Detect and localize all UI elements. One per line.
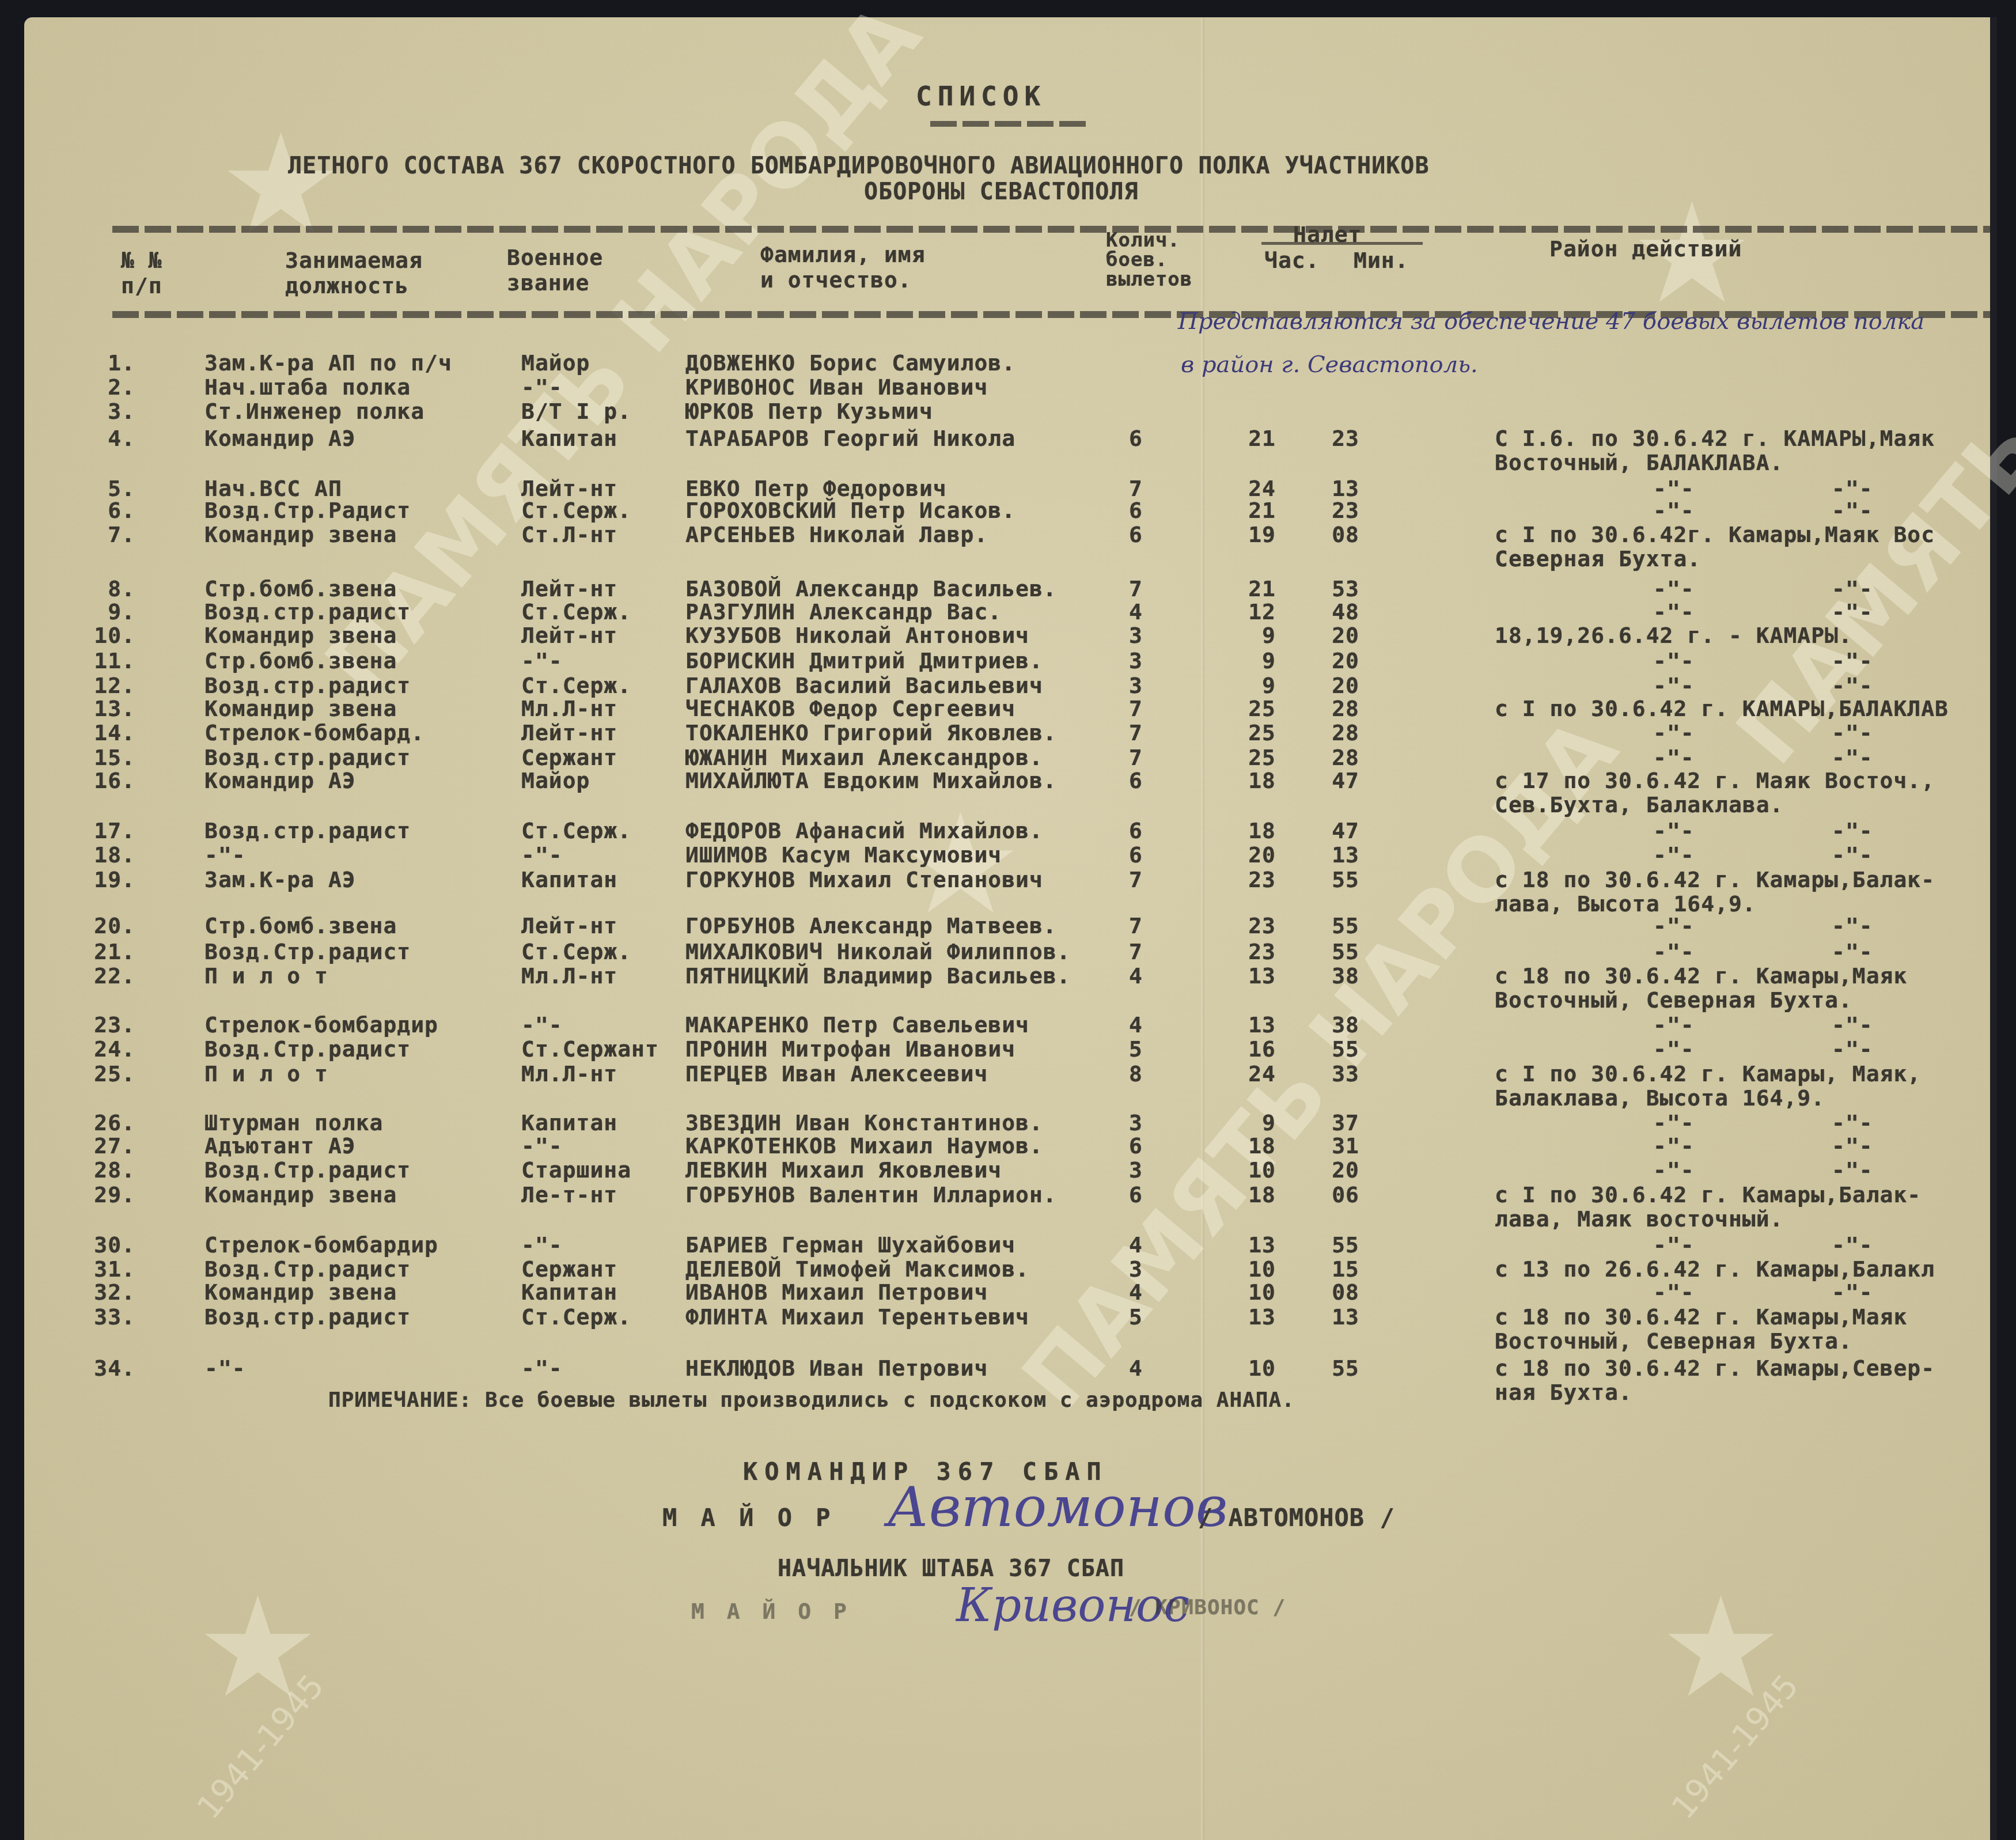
row-number: 27.: [89, 1133, 135, 1158]
header-sorties: Колич. боев. вылетов: [1106, 230, 1192, 289]
row-rank: -"-: [521, 1356, 563, 1381]
row-name: ГАЛАХОВ Василий Васильевич: [685, 673, 1043, 698]
row-minutes: 08: [1319, 1279, 1359, 1305]
row-number: 12.: [89, 673, 135, 698]
row-hours: 25: [1236, 720, 1276, 745]
row-hours: 25: [1236, 745, 1276, 770]
row-position: -"-: [204, 1356, 246, 1381]
row-area-ditto: -"-: [1832, 1110, 1873, 1135]
row-name: АРСЕНЬЕВ Николай Лавр.: [685, 522, 988, 547]
row-name: ГОРОХОВСКИЙ Петр Исаков.: [685, 498, 1015, 523]
row-area: с 18 по 30.6.42 г. Камары,Маяк: [1495, 1304, 1907, 1330]
row-area-ditto: -"-: [1832, 1157, 1873, 1183]
row-rank: Сержант: [521, 745, 617, 770]
row-name: ТАРАБАРОВ Георгий Никола: [685, 426, 1015, 451]
row-name: ПРОНИН Митрофан Иванович: [685, 1036, 1015, 1062]
row-name: БАРИЕВ Герман Шухайбович: [685, 1232, 1015, 1258]
row-rank: Ст.Серж.: [521, 599, 631, 624]
row-sorties: 4: [1129, 963, 1143, 989]
row-area: -"-: [1653, 1157, 1695, 1183]
row-position: Возд.Стр.радист: [204, 1036, 411, 1062]
row-area-ditto: -"-: [1832, 673, 1873, 698]
row-rank: Капитан: [521, 867, 617, 892]
row-number: 21.: [89, 939, 135, 964]
row-area: С I.6. по 30.6.42 г. КАМАРЫ,Маяк: [1495, 426, 1935, 451]
row-sorties: 3: [1129, 1256, 1143, 1282]
row-area: -"-: [1653, 720, 1695, 745]
row-position: Возд.Стр.Радист: [204, 498, 411, 523]
row-number: 25.: [89, 1061, 135, 1086]
row-position: Возд.Стр.радист: [204, 1157, 411, 1183]
row-sorties: 4: [1129, 1279, 1143, 1305]
header-top-rule: [112, 226, 1990, 233]
row-position: Возд.Стр.радист: [204, 1256, 411, 1282]
row-name: ЧЕСНАКОВ Федор Сергеевич: [685, 696, 1015, 721]
row-rank: Ст.Серж.: [521, 673, 631, 698]
row-minutes: 38: [1319, 1012, 1359, 1038]
row-hours: 23: [1236, 913, 1276, 938]
row-hours: 13: [1236, 1232, 1276, 1258]
row-sorties: 3: [1129, 648, 1143, 673]
row-hours: 13: [1236, 1304, 1276, 1330]
row-minutes: 47: [1319, 818, 1359, 843]
row-rank: Мл.Л-нт: [521, 696, 617, 721]
row-area-ditto: -"-: [1832, 648, 1873, 673]
row-area-continued: Северная Бухта.: [1495, 546, 1701, 571]
row-position: Возд.стр.радист: [204, 745, 411, 770]
row-area-ditto: -"-: [1832, 1133, 1873, 1158]
row-sorties: 7: [1129, 576, 1143, 601]
row-area: -"-: [1653, 599, 1695, 624]
commander-signature: Автомонов: [887, 1475, 1228, 1539]
row-hours: 9: [1236, 648, 1276, 673]
row-area-ditto: -"-: [1832, 842, 1873, 868]
row-number: 9.: [89, 599, 135, 624]
header-num: № № п/п: [121, 248, 162, 298]
row-minutes: 20: [1319, 648, 1359, 673]
row-name: МИХАЙЛЮТА Евдоким Михайлов.: [685, 768, 1057, 793]
chief-name: / КРИВОНОС /: [1129, 1596, 1286, 1619]
row-name: ДЕЛЕВОЙ Тимофей Максимов.: [685, 1256, 1029, 1282]
row-minutes: 55: [1319, 1356, 1359, 1381]
row-minutes: 15: [1319, 1256, 1359, 1282]
row-area: -"-: [1653, 1110, 1695, 1135]
row-rank: Ст.Л-нт: [521, 522, 617, 547]
row-sorties: 7: [1129, 939, 1143, 964]
row-area: -"-: [1653, 648, 1695, 673]
row-minutes: 55: [1319, 867, 1359, 892]
row-name: КРИВОНОС Иван Иванович: [685, 374, 988, 400]
row-area-ditto: -"-: [1832, 498, 1873, 523]
row-area: с I по 30.6.42 г. Камары, Маяк,: [1495, 1061, 1921, 1086]
row-rank: -"-: [521, 842, 563, 868]
row-rank: -"-: [521, 1012, 563, 1038]
row-position: Адъютант АЭ: [204, 1133, 356, 1158]
row-number: 34.: [89, 1356, 135, 1381]
header-rank: Военное звание: [507, 245, 603, 296]
row-number: 4.: [89, 426, 135, 451]
row-rank: Лейт-нт: [521, 623, 617, 648]
footer-note: ПРИМЕЧАНИЕ: Все боевые вылеты производил…: [328, 1388, 1295, 1412]
row-area-continued: лава, Высота 164,9.: [1495, 891, 1756, 917]
row-hours: 18: [1236, 1182, 1276, 1207]
row-number: 6.: [89, 498, 135, 523]
row-area: с 18 по 30.6.42 г. Камары,Север-: [1495, 1356, 1935, 1381]
row-area: -"-: [1653, 1232, 1695, 1258]
row-number: 33.: [89, 1304, 135, 1330]
row-name: МИХАЛКОВИЧ Николай Филиппов.: [685, 939, 1071, 964]
document-subtitle: ЛЕТНОГО СОСТАВА 367 СКОРОСТНОГО БОМБАРДИ…: [288, 153, 1429, 179]
row-hours: 19: [1236, 522, 1276, 547]
row-number: 32.: [89, 1279, 135, 1305]
row-position: Командир АЭ: [204, 768, 356, 793]
row-position: Стр.бомб.звена: [204, 576, 397, 601]
row-sorties: 7: [1129, 867, 1143, 892]
row-number: 22.: [89, 963, 135, 989]
row-position: П и л о т: [204, 963, 328, 989]
row-sorties: 6: [1129, 768, 1143, 793]
row-rank: Майор: [521, 350, 590, 376]
row-sorties: 4: [1129, 1232, 1143, 1258]
row-area-ditto: -"-: [1832, 599, 1873, 624]
row-sorties: 4: [1129, 1012, 1143, 1038]
row-hours: 10: [1236, 1157, 1276, 1183]
row-hours: 13: [1236, 963, 1276, 989]
row-minutes: 28: [1319, 696, 1359, 721]
row-area-continued: Балаклава, Высота 164,9.: [1495, 1085, 1825, 1111]
row-minutes: 28: [1319, 720, 1359, 745]
row-number: 28.: [89, 1157, 135, 1183]
row-area-continued: лава, Маяк восточный.: [1495, 1206, 1783, 1232]
row-sorties: 7: [1129, 696, 1143, 721]
row-position: Стр.бомб.звена: [204, 648, 397, 673]
row-area-ditto: -"-: [1832, 1036, 1873, 1062]
row-rank: -"-: [521, 374, 563, 400]
row-number: 13.: [89, 696, 135, 721]
row-rank: Сержант: [521, 1256, 617, 1282]
row-area-ditto: -"-: [1832, 818, 1873, 843]
row-rank: В/Т I р.: [521, 399, 631, 424]
row-name: ГОРБУНОВ Александр Матвеев.: [685, 913, 1057, 938]
row-name: ИВАНОВ Михаил Петрович: [685, 1279, 988, 1305]
row-number: 3.: [89, 399, 135, 424]
row-hours: 18: [1236, 768, 1276, 793]
row-number: 19.: [89, 867, 135, 892]
row-hours: 24: [1236, 1061, 1276, 1086]
row-number: 20.: [89, 913, 135, 938]
row-sorties: 6: [1129, 818, 1143, 843]
row-rank: Капитан: [521, 1110, 617, 1135]
row-area-continued: Сев.Бухта, Балаклава.: [1495, 792, 1783, 817]
row-area: -"-: [1653, 1279, 1695, 1305]
row-minutes: 55: [1319, 939, 1359, 964]
row-name: КАРКОТЕНКОВ Михаил Наумов.: [685, 1133, 1043, 1158]
row-area: -"-: [1653, 939, 1695, 964]
row-sorties: 6: [1129, 426, 1143, 451]
row-position: Возд.стр.радист: [204, 818, 411, 843]
row-name: ЮЖАНИН Михаил Александров.: [685, 745, 1043, 770]
row-minutes: 13: [1319, 1304, 1359, 1330]
row-number: 29.: [89, 1182, 135, 1207]
row-number: 14.: [89, 720, 135, 745]
row-rank: Мл.Л-нт: [521, 963, 617, 989]
row-hours: 18: [1236, 818, 1276, 843]
row-name: ФЛИНТА Михаил Терентьевич: [685, 1304, 1029, 1330]
page-edge: [1990, 17, 1997, 1840]
row-rank: Старшина: [521, 1157, 631, 1183]
row-minutes: 13: [1319, 842, 1359, 868]
row-hours: 20: [1236, 842, 1276, 868]
row-rank: Ле-т-нт: [521, 1182, 617, 1207]
row-minutes: 08: [1319, 522, 1359, 547]
row-sorties: 6: [1129, 1182, 1143, 1207]
row-area: с I по 30.6.42г. Камары,Маяк Вос: [1495, 522, 1935, 547]
row-number: 17.: [89, 818, 135, 843]
header-position: Занимаемая должность: [285, 248, 423, 298]
row-area-ditto: -"-: [1832, 576, 1873, 601]
row-minutes: 37: [1319, 1110, 1359, 1135]
row-rank: Лейт-нт: [521, 576, 617, 601]
row-hours: 18: [1236, 1133, 1276, 1158]
row-number: 8.: [89, 576, 135, 601]
document-subtitle-2: ОБОРОНЫ СЕВАСТОПОЛЯ: [864, 179, 1139, 205]
row-rank: Лейт-нт: [521, 720, 617, 745]
row-sorties: 7: [1129, 720, 1143, 745]
row-area: -"-: [1653, 745, 1695, 770]
row-number: 24.: [89, 1036, 135, 1062]
row-name: МАКАРЕНКО Петр Савельевич: [685, 1012, 1029, 1038]
row-position: Командир звена: [204, 1182, 397, 1207]
row-minutes: 38: [1319, 963, 1359, 989]
row-sorties: 6: [1129, 522, 1143, 547]
row-position: -"-: [204, 842, 246, 868]
row-minutes: 55: [1319, 1036, 1359, 1062]
row-name: ИШИМОВ Касум Максумович: [685, 842, 1002, 868]
commander-rank: М А Й О Р: [662, 1504, 835, 1532]
row-rank: Ст.Серж.: [521, 818, 631, 843]
row-sorties: 3: [1129, 1157, 1143, 1183]
row-position: Зам.К-ра АП по п/ч: [204, 350, 452, 376]
row-position: Стрелок-бомбардир: [204, 1012, 438, 1038]
row-number: 10.: [89, 623, 135, 648]
header-name: Фамилия, имя и отчество.: [760, 242, 926, 293]
row-hours: 10: [1236, 1279, 1276, 1305]
row-hours: 9: [1236, 623, 1276, 648]
row-hours: 21: [1236, 426, 1276, 451]
row-position: Возд.Стр.радист: [204, 939, 411, 964]
row-rank: -"-: [521, 648, 563, 673]
row-position: Зам.К-ра АЭ: [204, 867, 356, 892]
handwritten-note-2: в район г. Севастополь.: [1181, 351, 1478, 378]
row-name: НЕКЛЮДОВ Иван Петрович: [685, 1356, 988, 1381]
row-area: с 13 по 26.6.42 г. Камары,Балакл: [1495, 1256, 1935, 1282]
title-underline: [930, 121, 1092, 127]
row-number: 1.: [89, 350, 135, 376]
row-hours: 23: [1236, 867, 1276, 892]
row-minutes: 47: [1319, 768, 1359, 793]
row-sorties: 8: [1129, 1061, 1143, 1086]
row-number: 7.: [89, 522, 135, 547]
row-rank: -"-: [521, 1133, 563, 1158]
row-area-ditto: -"-: [1832, 939, 1873, 964]
row-position: Командир звена: [204, 1279, 397, 1305]
row-minutes: 33: [1319, 1061, 1359, 1086]
flight-time-rule: [1261, 242, 1423, 245]
watermark-star-icon: ★: [219, 104, 343, 265]
row-area: -"-: [1653, 673, 1695, 698]
row-number: 2.: [89, 374, 135, 400]
row-rank: Ст.Серж.: [521, 498, 631, 523]
handwritten-note: Представляются за обеспечение 47 боевых …: [1178, 308, 1924, 335]
header-minutes: Мин.: [1354, 248, 1409, 273]
row-number: 16.: [89, 768, 135, 793]
row-rank: -"-: [521, 1232, 563, 1258]
row-sorties: 6: [1129, 842, 1143, 868]
row-position: Командир звена: [204, 696, 397, 721]
row-name: ФЕДОРОВ Афанасий Михайлов.: [685, 818, 1043, 843]
chief-rank: М А Й О Р: [691, 1599, 851, 1624]
row-hours: 25: [1236, 696, 1276, 721]
row-hours: 9: [1236, 673, 1276, 698]
row-name: ДОВЖЕНКО Борис Самуилов.: [685, 350, 1015, 376]
row-name: ГОРБУНОВ Валентин Илларион.: [685, 1182, 1057, 1207]
row-number: 15.: [89, 745, 135, 770]
row-area: -"-: [1653, 913, 1695, 938]
header-area: Район действий: [1549, 236, 1742, 262]
row-area: с 18 по 30.6.42 г. Камары,Балак-: [1495, 867, 1935, 892]
row-minutes: 53: [1319, 576, 1359, 601]
row-area-ditto: -"-: [1832, 1232, 1873, 1258]
row-position: Штурман полка: [204, 1110, 383, 1135]
row-position: Возд.стр.радист: [204, 673, 411, 698]
row-minutes: 20: [1319, 673, 1359, 698]
row-area-ditto: -"-: [1832, 1279, 1873, 1305]
row-area: -"-: [1653, 1133, 1695, 1158]
row-rank: Капитан: [521, 426, 617, 451]
row-sorties: 7: [1129, 913, 1143, 938]
row-sorties: 3: [1129, 1110, 1143, 1135]
row-name: ТОКАЛЕНКО Григорий Яковлев.: [685, 720, 1057, 745]
row-sorties: 5: [1129, 1304, 1143, 1330]
row-sorties: 7: [1129, 745, 1143, 770]
row-position: Стр.бомб.звена: [204, 913, 397, 938]
row-name: РАЗГУЛИН Александр Вас.: [685, 599, 1002, 624]
document-title: СПИСОК: [916, 81, 1046, 112]
row-name: ПЕРЦЕВ Иван Алексеевич: [685, 1061, 988, 1086]
row-minutes: 28: [1319, 745, 1359, 770]
row-area-continued: Восточный, Северная Бухта.: [1495, 1328, 1852, 1354]
row-area: с 18 по 30.6.42 г. Камары,Маяк: [1495, 963, 1907, 989]
row-area-ditto: -"-: [1832, 913, 1873, 938]
row-number: 11.: [89, 648, 135, 673]
row-position: Стрелок-бомбард.: [204, 720, 425, 745]
row-area-continued: ная Бухта.: [1495, 1380, 1632, 1405]
row-area-ditto: -"-: [1832, 1012, 1873, 1038]
row-position: Командир звена: [204, 623, 397, 648]
row-position: Возд.стр.радист: [204, 1304, 411, 1330]
row-rank: Ст.Серж.: [521, 1304, 631, 1330]
row-sorties: 5: [1129, 1036, 1143, 1062]
row-area-continued: Восточный, БАЛАКЛАВА.: [1495, 450, 1783, 475]
row-sorties: 3: [1129, 623, 1143, 648]
row-minutes: 55: [1319, 913, 1359, 938]
row-sorties: 6: [1129, 1133, 1143, 1158]
row-area-ditto: -"-: [1832, 720, 1873, 745]
row-area-continued: Восточный, Северная Бухта.: [1495, 987, 1852, 1013]
row-hours: 10: [1236, 1256, 1276, 1282]
row-minutes: 06: [1319, 1182, 1359, 1207]
row-area: с 17 по 30.6.42 г. Маяк Восточ.,: [1495, 768, 1935, 793]
paper-fold: [1201, 17, 1204, 1840]
row-position: Командир АЭ: [204, 426, 356, 451]
row-name: КУЗУБОВ Николай Антонович: [685, 623, 1029, 648]
row-minutes: 20: [1319, 1157, 1359, 1183]
row-rank: Ст.Сержант: [521, 1036, 659, 1062]
row-minutes: 55: [1319, 1232, 1359, 1258]
row-hours: 21: [1236, 498, 1276, 523]
row-name: ГОРКУНОВ Михаил Степанович: [685, 867, 1043, 892]
row-sorties: 6: [1129, 498, 1143, 523]
row-minutes: 31: [1319, 1133, 1359, 1158]
row-area: -"-: [1653, 818, 1695, 843]
row-position: Нач.штаба полка: [204, 374, 411, 400]
row-position: П и л о т: [204, 1061, 328, 1086]
row-sorties: 4: [1129, 599, 1143, 624]
row-rank: Майор: [521, 768, 590, 793]
row-rank: Мл.Л-нт: [521, 1061, 617, 1086]
row-area: с I по 30.6.42 г. Камары,Балак-: [1495, 1182, 1921, 1207]
row-hours: 23: [1236, 939, 1276, 964]
row-position: Возд.стр.радист: [204, 599, 411, 624]
row-rank: Ст.Серж.: [521, 939, 631, 964]
row-area: -"-: [1653, 1036, 1695, 1062]
row-area: с I по 30.6.42 г. КАМАРЫ,БАЛАКЛАВ: [1495, 696, 1949, 721]
row-minutes: 23: [1319, 426, 1359, 451]
row-area: -"-: [1653, 1012, 1695, 1038]
row-position: Стрелок-бомбардир: [204, 1232, 438, 1258]
row-hours: 12: [1236, 599, 1276, 624]
row-area-ditto: -"-: [1832, 745, 1873, 770]
row-minutes: 20: [1319, 623, 1359, 648]
row-area: -"-: [1653, 498, 1695, 523]
row-position: Командир звена: [204, 522, 397, 547]
commander-name: / АВТОМОНОВ /: [1198, 1504, 1395, 1532]
row-rank: Лейт-нт: [521, 913, 617, 938]
row-name: ПЯТНИЦКИЙ Владимир Васильев.: [685, 963, 1071, 989]
header-hours: Час.: [1264, 248, 1320, 273]
row-hours: 9: [1236, 1110, 1276, 1135]
row-name: ЮРКОВ Петр Кузьмич: [685, 399, 933, 424]
row-name: ЛЕВКИН Михаил Яковлевич: [685, 1157, 1002, 1183]
row-minutes: 23: [1319, 498, 1359, 523]
row-hours: 21: [1236, 576, 1276, 601]
row-name: ЗВЕЗДИН Иван Константинов.: [685, 1110, 1043, 1135]
row-sorties: 3: [1129, 673, 1143, 698]
row-number: 26.: [89, 1110, 135, 1135]
row-number: 18.: [89, 842, 135, 868]
row-area: 18,19,26.6.42 г. - КАМАРЫ.: [1495, 623, 1852, 648]
row-number: 30.: [89, 1232, 135, 1258]
row-number: 23.: [89, 1012, 135, 1038]
row-name: БАЗОВОЙ Александр Васильев.: [685, 576, 1057, 601]
row-number: 31.: [89, 1256, 135, 1282]
row-position: Ст.Инженер полка: [204, 399, 425, 424]
row-hours: 13: [1236, 1012, 1276, 1038]
row-hours: 10: [1236, 1356, 1276, 1381]
row-rank: Капитан: [521, 1279, 617, 1305]
row-name: БОРИСКИН Дмитрий Дмитриев.: [685, 648, 1043, 673]
row-minutes: 48: [1319, 599, 1359, 624]
